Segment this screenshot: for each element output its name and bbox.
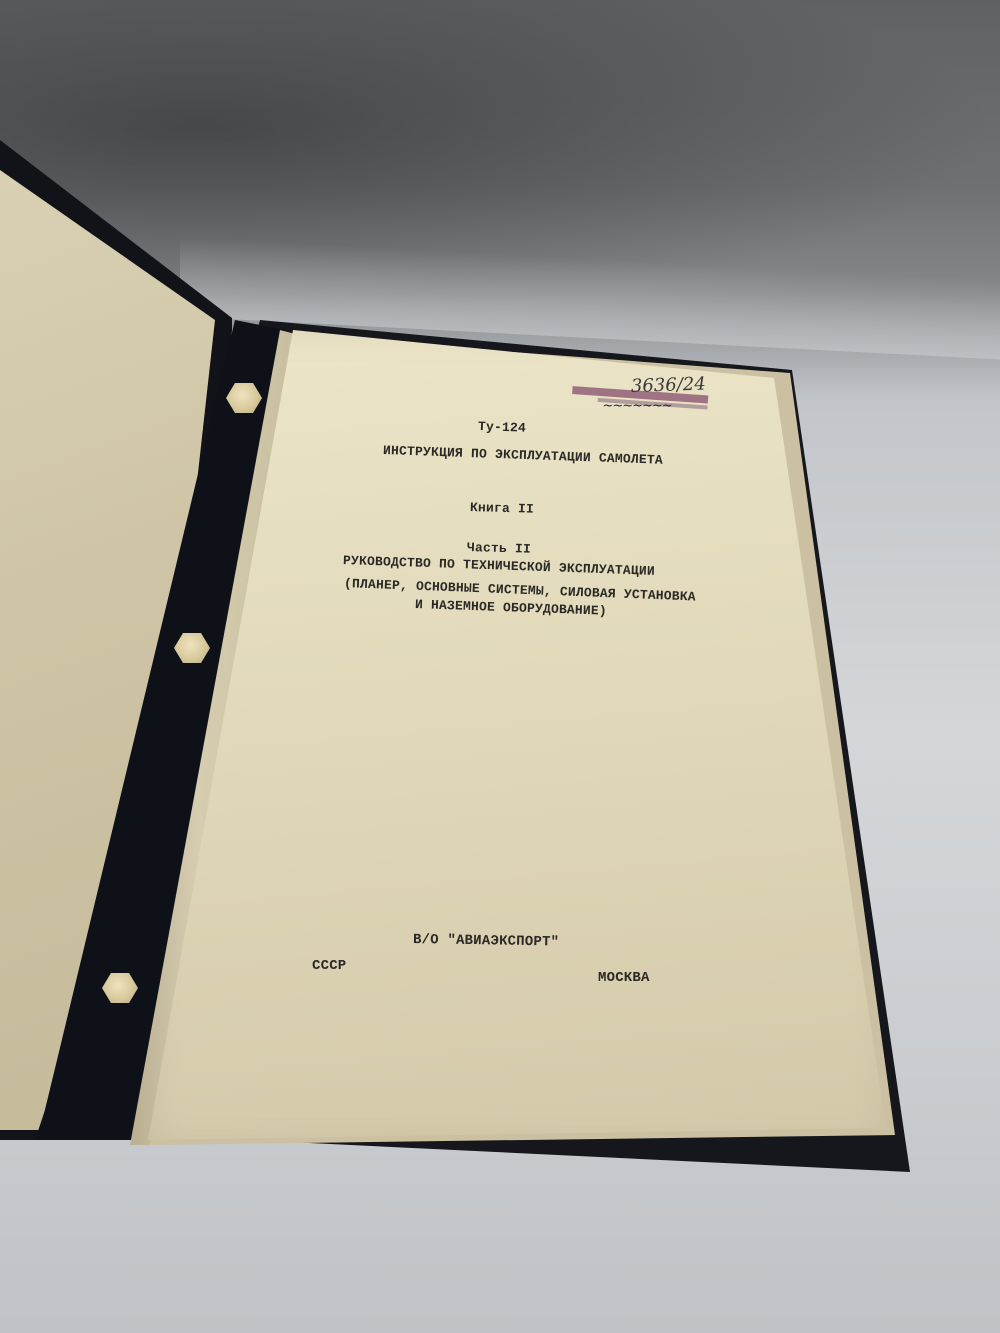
part-number: Часть II: [467, 540, 531, 557]
publisher: В/О "АВИАЭКСПОРТ": [413, 932, 559, 951]
country: СССР: [312, 958, 346, 974]
book-number: Книга II: [470, 500, 534, 517]
stamp-handwritten-number: 3636/24: [631, 373, 706, 397]
city: МОСКВА: [598, 970, 650, 986]
aircraft-model: Ту-124: [478, 419, 527, 436]
stamp-signature: ~~~~~~~: [602, 399, 671, 414]
